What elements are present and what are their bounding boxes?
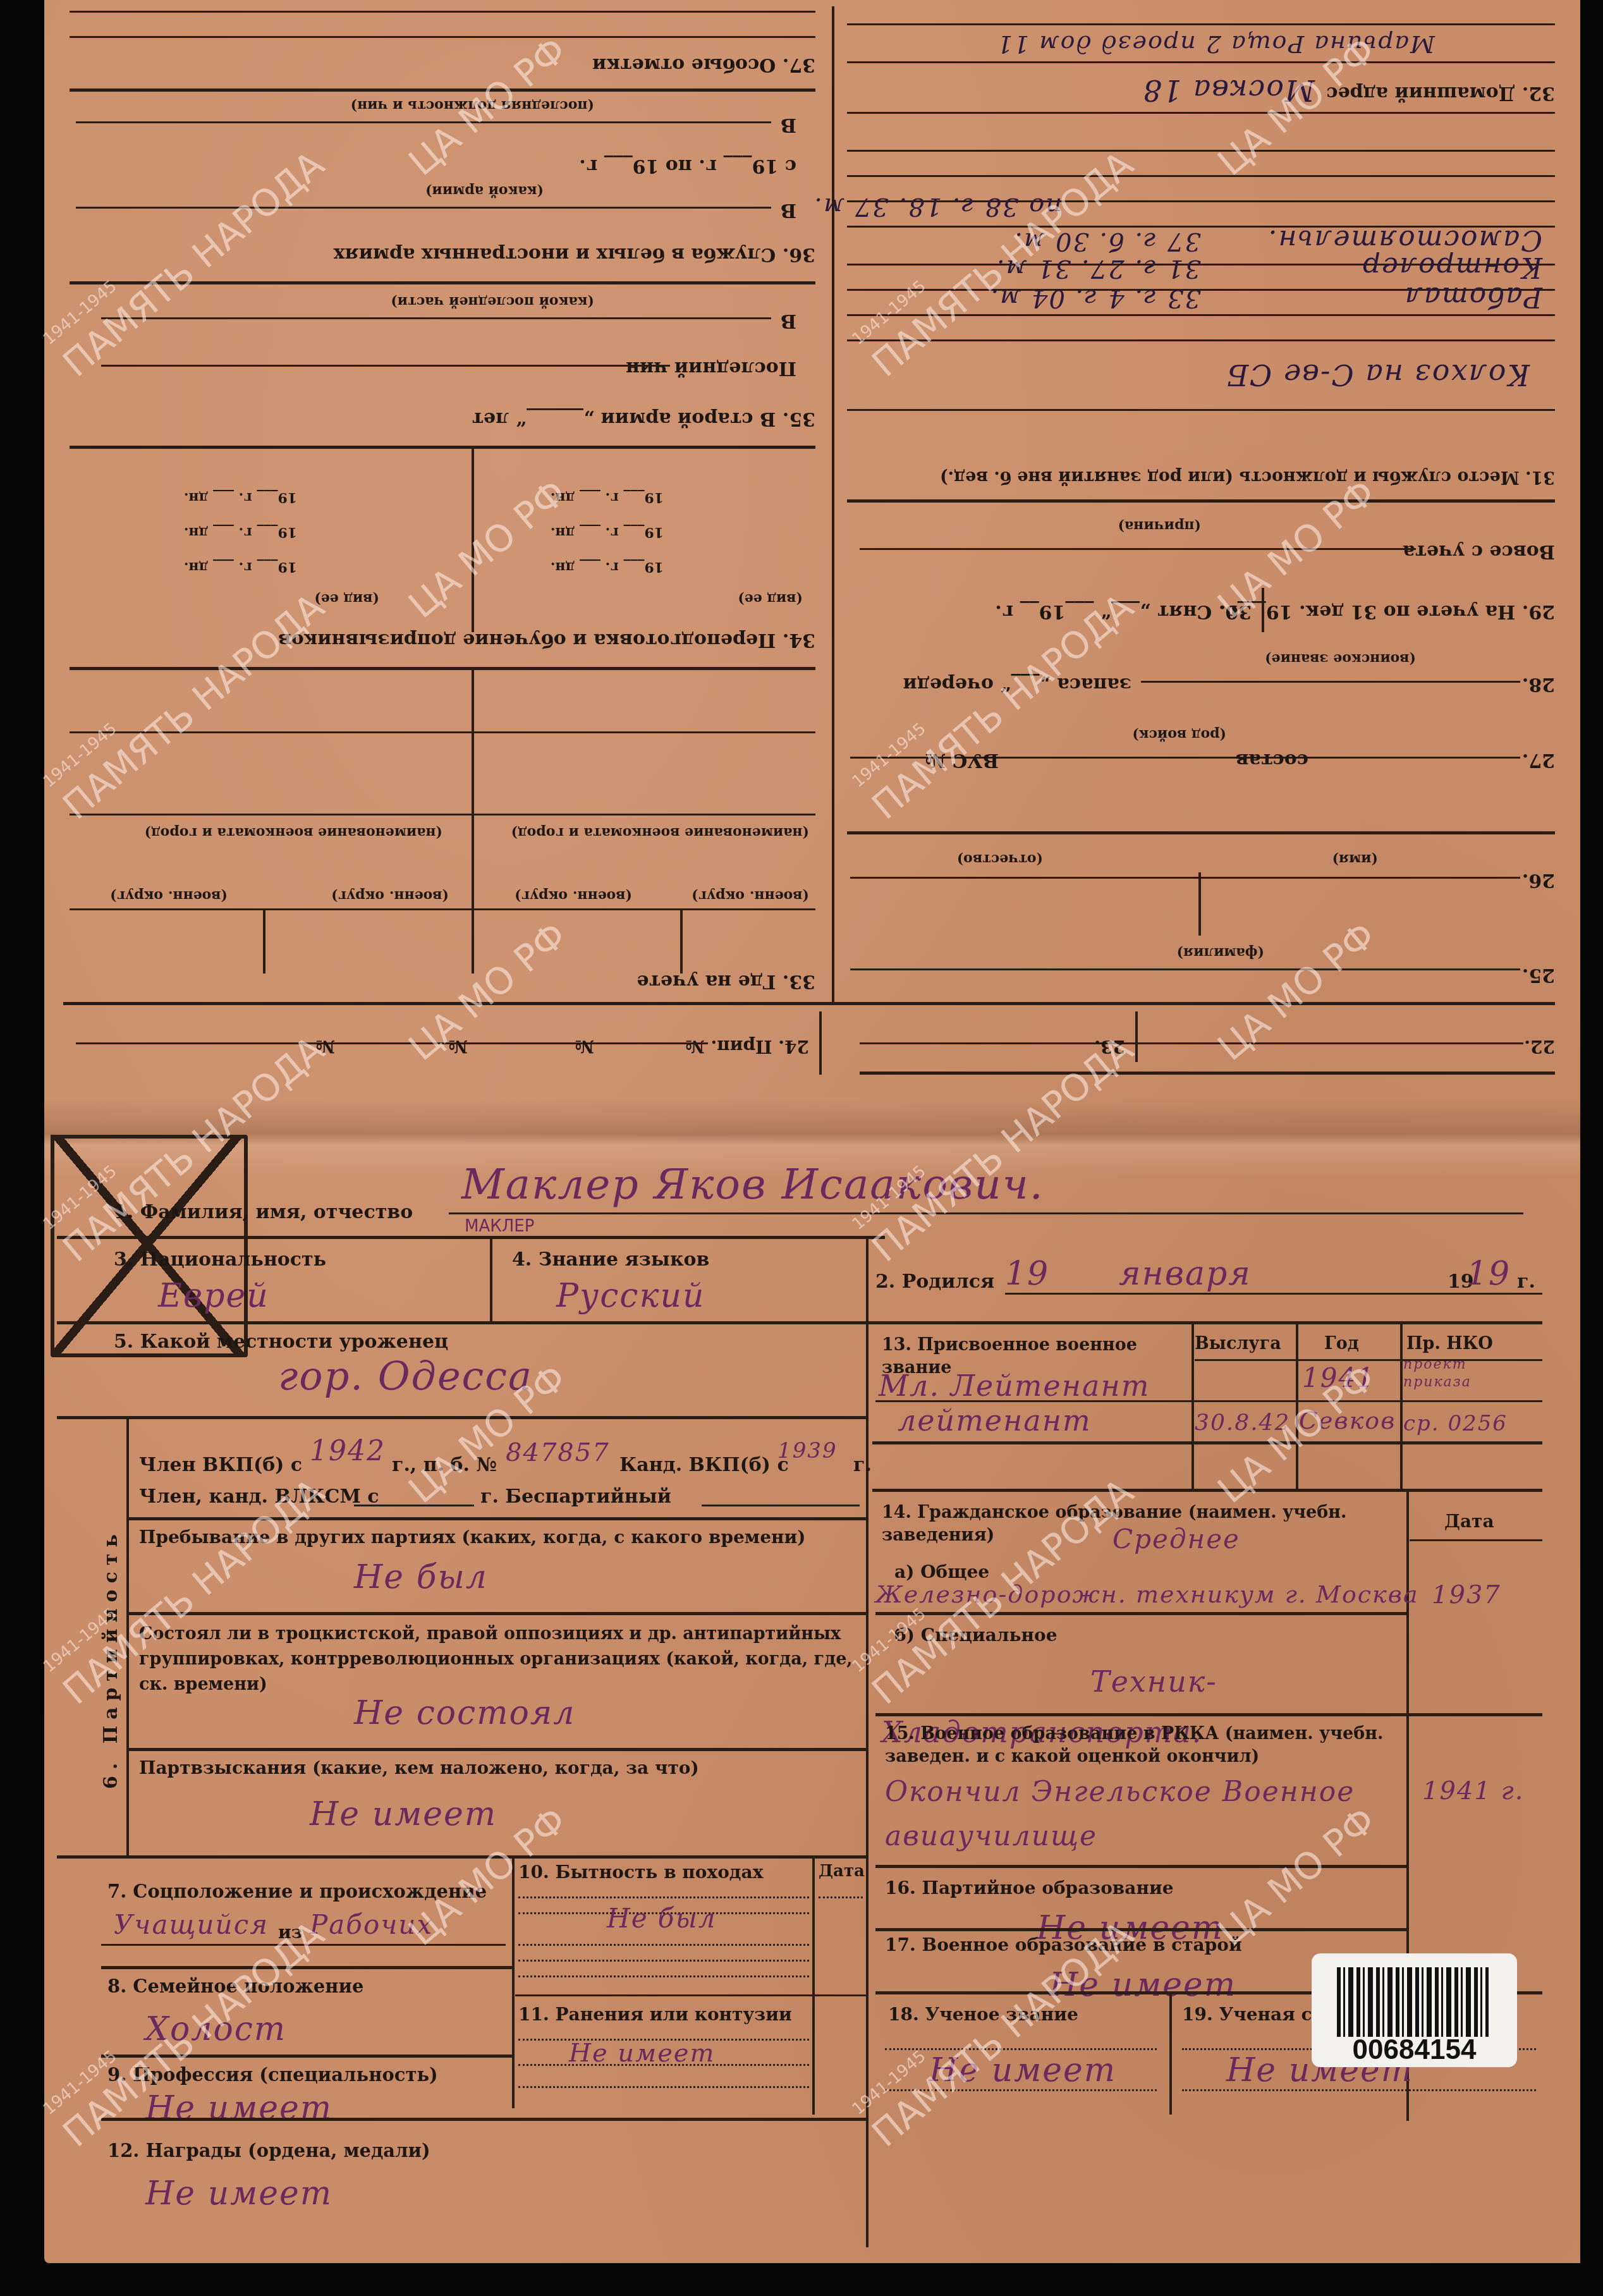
field-29-label: 29. На учете по 31 дек. 19___г. (1219, 601, 1555, 623)
opposition-value: Не состоял (354, 1694, 575, 1732)
field-35-in: В (781, 310, 796, 332)
general-education-date: 1937 (1432, 1580, 1501, 1609)
col-order: Пр. НКО (1406, 1334, 1493, 1353)
barcode-number: 00684154 (1312, 2034, 1517, 2066)
field-33-district: (военн. округ) (515, 888, 632, 904)
field-34-label: 34. Переподготовка и обучение допризывни… (278, 629, 815, 651)
field-28-sub: (воинское звание) (1265, 650, 1416, 667)
name-correction: МАКЛЕР (465, 1217, 534, 1236)
birthplace-value: гор. Одесса (278, 1353, 533, 1399)
service-entry-place: Самостоятельн. (1267, 224, 1542, 256)
field-2-label: 2. Родился (875, 1271, 994, 1293)
service-entry-place: Работал (1404, 281, 1542, 313)
field-36-in: В (781, 114, 796, 136)
nonparty-label: г. Беспартийный (480, 1486, 671, 1508)
rank-value-line2: лейтенант (898, 1403, 1092, 1438)
field-10-label: 10. Бытность в походах (518, 1862, 763, 1883)
field-34-cell: 19___ г. ___ дн. (551, 559, 664, 575)
field-34-sub: (вид ее) (314, 590, 379, 607)
field-36-in: В (781, 199, 796, 221)
field-3-label: 3. Национальность (114, 1249, 326, 1271)
military-education-date: 1941 г. (1422, 1776, 1524, 1805)
penalties-label: Партвзыскания (какие, кем наложено, когд… (139, 1757, 699, 1778)
field-33-commissariat: (наименование военкомата и город) (511, 824, 809, 841)
field-14-date-label: Дата (1444, 1511, 1494, 1532)
barcode-label: 00684154 (1312, 1953, 1517, 2067)
education-level-value: Среднее (1112, 1524, 1240, 1554)
field-36-period: с 19___ г. по 19___ г. (579, 155, 796, 177)
field-34-cell: 19___ г. ___ дн. (184, 489, 297, 506)
awards-value: Не имеет (145, 2175, 332, 2213)
field-28-label: 28. (1522, 673, 1555, 695)
nko-order-value: проект приказа (1403, 1356, 1530, 1391)
field-30-sub: (причина) (1118, 518, 1201, 534)
birth-day: 19 (1005, 1255, 1049, 1293)
opposition-label: Состоял ли в троцкистской, правой оппози… (139, 1621, 853, 1697)
field-26-sub-name: (имя) (1332, 851, 1379, 867)
field-33-district: (военн. округ) (331, 888, 449, 904)
field-37-label: 37. Особые отметки (592, 54, 815, 76)
field-35-sub: (какой последней части) (391, 293, 594, 310)
barcode-icon (1337, 1967, 1489, 2037)
field-35-rank: Последний чин (626, 357, 796, 379)
col-service-length: Выслуга (1195, 1334, 1281, 1353)
field-27-label: 27. (1522, 749, 1555, 771)
field-34-sub: (вид ее) (738, 590, 803, 607)
birth-month: января (1119, 1255, 1252, 1293)
field-12-label: 12. Награды (ордена, медали) (107, 2140, 430, 2161)
field-11-label: 11. Ранения или контузии (518, 2004, 792, 2025)
birth-year: 19 (1466, 1255, 1511, 1293)
field-34-cell: 19___ г. ___ дн. (184, 524, 297, 540)
profession-value: Не имеет (145, 2089, 332, 2127)
field-30-removed-label: Вовсе с учета (1403, 540, 1555, 563)
field-36-sub-army: (какой армии) (425, 183, 544, 199)
field-33-label: 33. Где на учете (637, 970, 815, 992)
nko-order-value-line2: ср. 0256 (1403, 1411, 1508, 1436)
field-27-sub: (род войск) (1132, 726, 1226, 743)
field-34-cell: 19___ г. ___ дн. (551, 524, 664, 540)
field-26-sub-patronymic: (отчество) (957, 851, 1043, 867)
member-since-value: 1942 (310, 1435, 386, 1467)
candidate-year-suffix: г. (853, 1454, 872, 1476)
field-33-commissariat: (наименование военкомата и город) (145, 824, 442, 841)
field-16-label: 16. Партийное образование (885, 1878, 1174, 1898)
other-parties-value: Не был (354, 1558, 488, 1596)
field-36-label: 36. Служба в белых и иностранных армиях (334, 243, 815, 266)
num-sign: № (575, 1036, 594, 1057)
field-15-label: 15. Военное образование в РККА (наимен. … (885, 1723, 1403, 1768)
field-25-label: 25. (1522, 964, 1555, 986)
field-10-date-label: Дата (819, 1862, 865, 1881)
service-entry-period: 33 г. 4 г. 04 м. (989, 284, 1201, 313)
campaigns-value: Не был (607, 1903, 716, 1934)
field-25-sub: (фамилия) (1177, 944, 1264, 961)
candidate-label: Канд. ВКП(б) с (619, 1454, 789, 1476)
rank-value: Мл. Лейтенант (879, 1369, 1150, 1403)
nationality-value: Еврей (158, 1277, 269, 1315)
field-4-label: 4. Знание языков (512, 1249, 709, 1271)
penalties-value: Не имеет (310, 1795, 497, 1833)
field-5-label: 5. Какой местности уроженец (114, 1331, 448, 1353)
field-33-district: (военн. округ) (692, 888, 809, 904)
col-year: Год (1324, 1334, 1359, 1353)
candidate-since-value: 1939 (777, 1438, 838, 1463)
field-27-staff: состав (1236, 749, 1308, 771)
service-entry-place: Колхоз на С-ве СБ (1226, 358, 1530, 392)
field-22-label: 22. (1524, 1036, 1555, 1057)
field-31-label: 31. Место службы и должность (или род за… (940, 467, 1555, 487)
field-33-district: (военн. округ) (110, 888, 228, 904)
field-26-label: 26. (1522, 869, 1555, 891)
party-card-number: 847857 (506, 1438, 610, 1467)
field-35-label: 35. В старой армии „______“ лет (472, 408, 815, 430)
field-24-label: 24. Прип. № (685, 1036, 809, 1057)
field-32-label: 32. Домашний адрес (1326, 82, 1555, 104)
languages-value: Русский (556, 1277, 705, 1315)
birth-year-suffix: г. (1517, 1271, 1535, 1293)
